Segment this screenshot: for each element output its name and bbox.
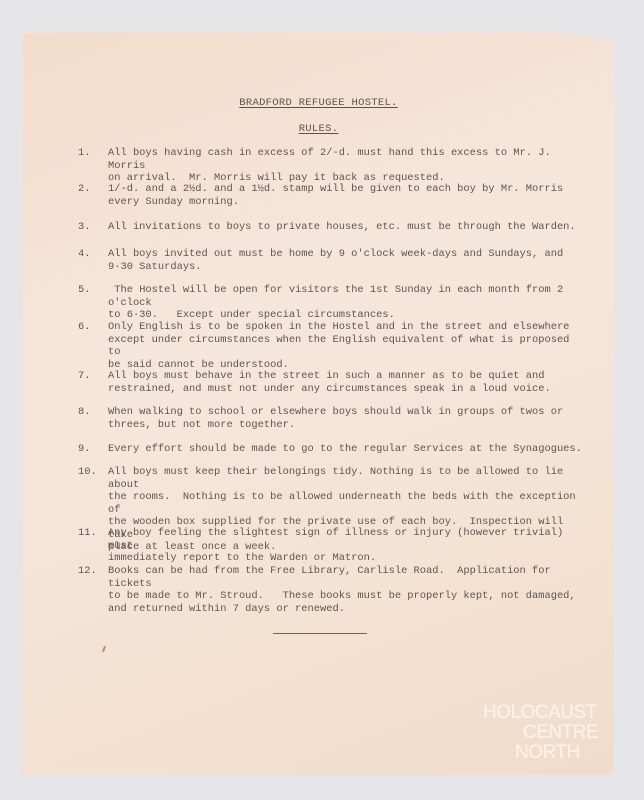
ink-mark — [102, 646, 106, 652]
rule-text: Books can be had from the Free Library, … — [108, 565, 588, 615]
rule-text: Any boy feeling the slightest sign of il… — [108, 527, 588, 565]
rule-number: 7. — [78, 370, 108, 395]
rule-item: 7.All boys must behave in the street in … — [78, 370, 588, 395]
logo-line-3: NORTH — [483, 743, 613, 763]
rule-number: 6. — [78, 321, 108, 371]
logo-line-1: HOLOCAUST — [483, 703, 613, 723]
heading-text: BRADFORD REFUGEE HOSTEL. — [239, 97, 397, 109]
rule-item: 3.All invitations to boys to private hou… — [78, 221, 588, 234]
rule-text: All boys invited out must be home by 9 o… — [108, 248, 588, 273]
rule-text: Every effort should be made to go to the… — [108, 443, 588, 456]
rule-text: All invitations to boys to private house… — [108, 221, 588, 234]
rule-number: 11. — [78, 527, 108, 565]
rule-text: The Hostel will be open for visitors the… — [108, 284, 588, 322]
rule-item: 5. The Hostel will be open for visitors … — [78, 284, 588, 322]
rule-number: 2. — [78, 183, 108, 208]
rule-number: 9. — [78, 443, 108, 456]
document-heading: BRADFORD REFUGEE HOSTEL. — [23, 97, 614, 109]
rule-text: 1/-d. and a 2½d. and a 1½d. stamp will b… — [108, 183, 588, 208]
logo-line-2: CENTRE — [483, 723, 613, 743]
subheading-text: RULES. — [299, 123, 339, 135]
rule-number: 3. — [78, 221, 108, 234]
rule-number: 1. — [78, 147, 108, 185]
rule-number: 8. — [78, 406, 108, 431]
rule-text: All boys having cash in excess of 2/-d. … — [108, 147, 588, 185]
document-page: BRADFORD REFUGEE HOSTEL. RULES. 1.All bo… — [23, 33, 614, 775]
rule-item: 11.Any boy feeling the slightest sign of… — [78, 527, 588, 565]
rule-item: 8.When walking to school or elsewhere bo… — [78, 406, 588, 431]
rule-item: 12.Books can be had from the Free Librar… — [78, 565, 588, 615]
rule-text: Only English is to be spoken in the Host… — [108, 321, 588, 371]
rule-item: 1.All boys having cash in excess of 2/-d… — [78, 147, 588, 185]
rule-number: 5. — [78, 284, 108, 322]
rule-item: 2.1/-d. and a 2½d. and a 1½d. stamp will… — [78, 183, 588, 208]
rule-number: 4. — [78, 248, 108, 273]
rule-number: 12. — [78, 565, 108, 615]
rule-item: 9.Every effort should be made to go to t… — [78, 443, 588, 456]
rule-item: 6.Only English is to be spoken in the Ho… — [78, 321, 588, 371]
rule-item: 4.All boys invited out must be home by 9… — [78, 248, 588, 273]
document-subheading: RULES. — [23, 123, 614, 135]
rule-text: When walking to school or elsewhere boys… — [108, 406, 588, 431]
holocaust-centre-north-logo: HOLOCAUST CENTRE NORTH — [483, 703, 613, 763]
end-divider — [273, 633, 367, 634]
rule-text: All boys must behave in the street in su… — [108, 370, 588, 395]
